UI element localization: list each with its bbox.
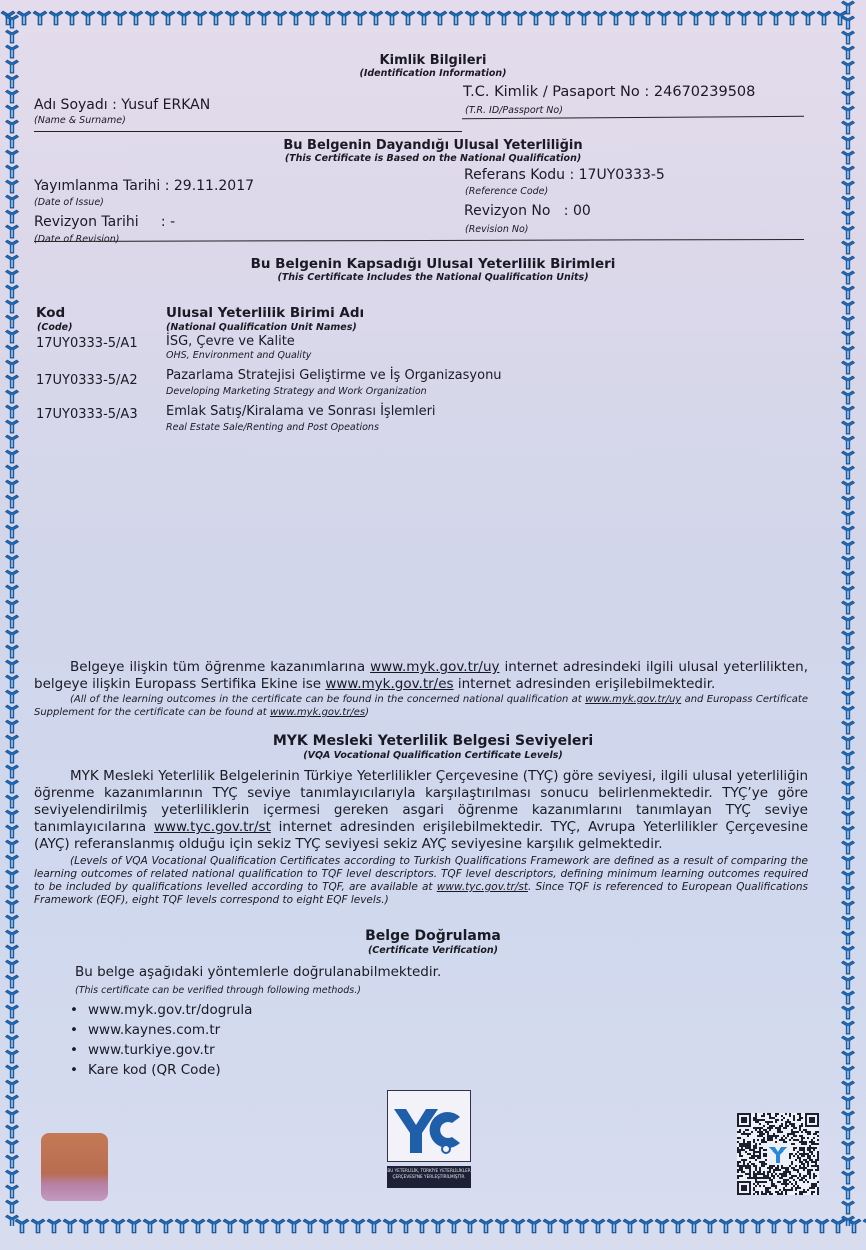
border-left [4, 14, 20, 1226]
myk-y-motif-icon [4, 1184, 20, 1199]
levels-paragraph-en: (Levels of VQA Vocational Qualification … [34, 855, 808, 907]
myk-y-motif-icon [840, 1155, 856, 1170]
myk-y-motif-icon [840, 450, 856, 465]
qualification-title: Bu Belgenin Dayandığı Ulusal Yeterliliği… [0, 138, 866, 153]
revision-date-label: Revizyon Tarihi [34, 214, 139, 230]
myk-y-motif-icon [46, 1218, 62, 1234]
name-label-en: (Name & Surname) [34, 115, 126, 126]
myk-y-motif-icon [840, 1065, 856, 1080]
myk-y-motif-icon [270, 1218, 286, 1234]
myk-y-motif-icon [840, 30, 856, 45]
myk-y-motif-icon [382, 1218, 398, 1234]
myk-y-motif-icon [840, 885, 856, 900]
col-name-header-en: (National Qualification Unit Names) [166, 322, 357, 333]
myk-y-motif-icon [4, 164, 20, 179]
border-bottom [14, 1218, 866, 1234]
myk-y-motif-icon [4, 284, 20, 299]
myk-y-motif-icon [736, 10, 752, 26]
myk-y-motif-icon [78, 1218, 94, 1234]
text: (All of the learning outcomes in the cer… [70, 694, 585, 705]
myk-y-motif-icon [160, 10, 176, 26]
myk-y-motif-icon [840, 435, 856, 450]
myk-y-motif-icon [688, 10, 704, 26]
unit-name: Emlak Satış/Kiralama ve Sonrası İşlemler… [166, 404, 436, 419]
myk-y-motif-icon [718, 1218, 734, 1234]
myk-y-motif-icon [840, 195, 856, 210]
myk-y-motif-icon [4, 209, 20, 224]
name-field: Adı Soyadı : Yusuf ERKAN [34, 97, 210, 113]
myk-y-motif-icon [4, 509, 20, 524]
myk-y-motif-icon [4, 914, 20, 929]
myk-es-link-en[interactable]: www.myk.gov.tr/es [270, 707, 365, 718]
myk-y-motif-icon [840, 840, 856, 855]
myk-y-motif-icon [464, 10, 480, 26]
myk-y-motif-icon [4, 824, 20, 839]
reference-code-label-en: (Reference Code) [465, 186, 548, 197]
myk-y-motif-icon [4, 299, 20, 314]
myk-y-motif-icon [158, 1218, 174, 1234]
id-field: T.C. Kimlik / Pasaport No : 24670239508 [463, 84, 755, 100]
myk-y-motif-icon [142, 1218, 158, 1234]
levels-title: MYK Mesleki Yeterlilik Belgesi Seviyeler… [0, 733, 866, 749]
myk-y-motif-icon [238, 1218, 254, 1234]
myk-y-motif-icon [4, 569, 20, 584]
reference-code-label: Referans Kodu [464, 167, 565, 183]
qualification-subtitle: (This Certificate is Based on the Nation… [0, 153, 866, 164]
myk-y-motif-icon [366, 1218, 382, 1234]
myk-y-motif-icon [240, 10, 256, 26]
myk-y-motif-icon [840, 600, 856, 615]
myk-y-motif-icon [840, 690, 856, 705]
myk-y-motif-icon [720, 10, 736, 26]
myk-y-motif-icon [384, 10, 400, 26]
myk-y-motif-icon [4, 1199, 20, 1214]
divider [462, 116, 804, 119]
myk-y-motif-icon [4, 329, 20, 344]
myk-y-motif-icon [478, 1218, 494, 1234]
myk-y-motif-icon [782, 1218, 798, 1234]
myk-y-motif-icon [208, 10, 224, 26]
myk-y-motif-icon [94, 1218, 110, 1234]
issue-date-value: 29.11.2017 [174, 178, 254, 194]
myk-y-motif-icon [4, 224, 20, 239]
tyc-logo-mark [387, 1090, 471, 1162]
myk-y-motif-icon [64, 10, 80, 26]
myk-y-motif-icon [576, 10, 592, 26]
myk-y-motif-icon [32, 10, 48, 26]
text: Belgeye ilişkin tüm öğrenme kazanımların… [70, 659, 370, 675]
myk-y-motif-icon [840, 165, 856, 180]
myk-y-motif-icon [254, 1218, 270, 1234]
myk-y-motif-icon [4, 1169, 20, 1184]
myk-y-motif-icon [798, 1218, 814, 1234]
myk-y-motif-icon [840, 525, 856, 540]
units-title: Bu Belgenin Kapsadığı Ulusal Yeterlilik … [0, 256, 866, 272]
myk-y-motif-icon [840, 1050, 856, 1065]
myk-y-motif-icon [4, 14, 20, 29]
myk-y-motif-icon [4, 1049, 20, 1064]
list-item: Kare kod (QR Code) [70, 1060, 252, 1080]
myk-y-motif-icon [840, 810, 856, 825]
myk-y-motif-icon [400, 10, 416, 26]
myk-y-motif-icon [126, 1218, 142, 1234]
unit-name: Pazarlama Stratejisi Geliştirme ve İş Or… [166, 368, 502, 383]
id-label: T.C. Kimlik / Pasaport No [463, 84, 640, 100]
myk-y-motif-icon [840, 1215, 856, 1226]
myk-y-motif-icon [304, 10, 320, 26]
myk-y-motif-icon [510, 1218, 526, 1234]
myk-y-motif-icon [704, 10, 720, 26]
myk-y-motif-icon [112, 10, 128, 26]
myk-y-motif-icon [592, 10, 608, 26]
revision-date-value: - [170, 214, 175, 230]
myk-y-motif-icon [608, 10, 624, 26]
myk-y-motif-icon [4, 359, 20, 374]
myk-y-motif-icon [840, 555, 856, 570]
myk-y-motif-icon [840, 90, 856, 105]
myk-y-motif-icon [840, 405, 856, 420]
verification-intro-en: (This certificate can be verified throug… [75, 985, 361, 996]
myk-y-motif-icon [840, 645, 856, 660]
myk-y-motif-icon [4, 89, 20, 104]
myk-y-motif-icon [840, 375, 856, 390]
myk-y-motif-icon [4, 374, 20, 389]
myk-y-motif-icon [840, 345, 856, 360]
myk-y-motif-icon [4, 1034, 20, 1049]
myk-y-motif-icon [4, 419, 20, 434]
unit-name-en: Developing Marketing Strategy and Work O… [166, 386, 427, 397]
myk-y-motif-icon [4, 614, 20, 629]
outcomes-paragraph: Belgeye ilişkin tüm öğrenme kazanımların… [34, 659, 808, 693]
myk-y-motif-icon [784, 10, 800, 26]
myk-y-motif-icon [544, 10, 560, 26]
myk-y-motif-icon [840, 1200, 856, 1215]
myk-y-motif-icon [462, 1218, 478, 1234]
myk-y-motif-icon [840, 360, 856, 375]
myk-y-motif-icon [574, 1218, 590, 1234]
myk-y-motif-icon [840, 1005, 856, 1020]
myk-y-motif-icon [190, 1218, 206, 1234]
myk-y-motif-icon [840, 825, 856, 840]
myk-uy-link[interactable]: www.myk.gov.tr/uy [370, 659, 499, 675]
myk-y-motif-icon [256, 10, 272, 26]
myk-y-motif-icon [752, 10, 768, 26]
revision-no-label: Revizyon No [464, 203, 550, 219]
myk-y-motif-icon [224, 10, 240, 26]
myk-y-motif-icon [702, 1218, 718, 1234]
myk-y-motif-icon [528, 10, 544, 26]
myk-y-motif-icon [4, 794, 20, 809]
myk-y-motif-icon [840, 990, 856, 1005]
myk-y-motif-icon [840, 105, 856, 120]
revision-no-field: Revizyon No : 00 [464, 203, 591, 219]
myk-y-motif-icon [606, 1218, 622, 1234]
myk-y-motif-icon [30, 1218, 46, 1234]
myk-y-motif-icon [672, 10, 688, 26]
verification-intro: Bu belge aşağıdaki yöntemlerle doğrulana… [75, 964, 441, 980]
myk-y-motif-icon [840, 705, 856, 720]
col-code-header-en: (Code) [37, 322, 72, 333]
myk-y-motif-icon [416, 10, 432, 26]
myk-y-motif-icon [4, 389, 20, 404]
name-value: Yusuf ERKAN [121, 97, 210, 113]
myk-y-motif-icon [656, 10, 672, 26]
verification-methods-list: www.myk.gov.tr/dogrula www.kaynes.com.tr… [70, 1000, 252, 1080]
myk-y-motif-icon [840, 465, 856, 480]
myk-y-motif-icon [840, 210, 856, 225]
myk-y-motif-icon [840, 1020, 856, 1035]
issue-date-field: Yayımlanma Tarihi : 29.11.2017 [34, 178, 254, 194]
border-right [840, 0, 856, 1226]
myk-y-motif-icon [4, 689, 20, 704]
tyc-logo-caption: BU YETERLİLİK, TÜRKİYE YETERLİLİKLER ÇER… [387, 1166, 471, 1188]
myk-y-motif-icon [840, 0, 856, 15]
myk-y-motif-icon [4, 1124, 20, 1139]
myk-y-motif-icon [398, 1218, 414, 1234]
myk-y-motif-icon [840, 285, 856, 300]
myk-y-motif-icon [4, 839, 20, 854]
myk-y-motif-icon [4, 779, 20, 794]
myk-y-motif-icon [4, 404, 20, 419]
myk-y-motif-icon [4, 629, 20, 644]
myk-y-motif-icon [816, 10, 832, 26]
myk-y-motif-icon [840, 330, 856, 345]
units-subtitle: (This Certificate Includes the National … [0, 272, 866, 283]
myk-y-motif-icon [4, 104, 20, 119]
myk-y-motif-icon [840, 675, 856, 690]
myk-y-motif-icon [4, 869, 20, 884]
myk-y-motif-icon [286, 1218, 302, 1234]
unit-code: 17UY0333-5/A3 [36, 407, 138, 422]
border-top [0, 10, 850, 26]
revision-date-label-en: (Date of Revision) [34, 234, 119, 245]
myk-y-motif-icon [4, 599, 20, 614]
identification-title: Kimlik Bilgileri [0, 53, 866, 68]
myk-y-motif-icon [4, 1004, 20, 1019]
myk-y-motif-icon [96, 10, 112, 26]
tyc-logo-icon: BU YETERLİLİK, TÜRKİYE YETERLİLİKLER ÇER… [387, 1090, 473, 1182]
myk-y-motif-icon [840, 1035, 856, 1050]
myk-y-motif-icon [4, 764, 20, 779]
myk-y-motif-icon [494, 1218, 510, 1234]
myk-y-motif-icon [840, 540, 856, 555]
myk-y-motif-icon [4, 494, 20, 509]
myk-y-motif-icon [840, 1125, 856, 1140]
myk-y-motif-icon [840, 480, 856, 495]
myk-y-motif-icon [590, 1218, 606, 1234]
myk-y-motif-icon [840, 225, 856, 240]
myk-y-motif-icon [80, 10, 96, 26]
myk-y-motif-icon [840, 390, 856, 405]
reference-code-field: Referans Kodu : 17UY0333-5 [464, 167, 665, 183]
myk-y-motif-icon [4, 674, 20, 689]
myk-y-motif-icon [766, 1218, 782, 1234]
myk-es-link[interactable]: www.myk.gov.tr/es [325, 676, 453, 692]
list-item[interactable]: www.kaynes.com.tr [70, 1020, 252, 1040]
myk-y-motif-icon [840, 795, 856, 810]
myk-y-motif-icon [4, 539, 20, 554]
myk-y-motif-icon [62, 1218, 78, 1234]
myk-y-motif-icon [840, 870, 856, 885]
myk-y-motif-icon [4, 884, 20, 899]
text: internet adresinden erişilebilmektedir. [454, 676, 716, 692]
myk-y-motif-icon [4, 989, 20, 1004]
myk-y-motif-icon [4, 659, 20, 674]
myk-y-motif-icon [840, 1095, 856, 1110]
myk-y-motif-icon [542, 1218, 558, 1234]
myk-y-motif-icon [4, 314, 20, 329]
myk-y-motif-icon [840, 630, 856, 645]
myk-y-motif-icon [840, 1080, 856, 1095]
myk-y-motif-icon [4, 449, 20, 464]
myk-y-motif-icon [4, 434, 20, 449]
myk-y-motif-icon [814, 1218, 830, 1234]
myk-y-motif-icon [4, 1094, 20, 1109]
revision-no-label-en: (Revision No) [465, 224, 528, 235]
myk-y-motif-icon [4, 239, 20, 254]
myk-y-motif-icon [622, 1218, 638, 1234]
verification-subtitle: (Certificate Verification) [0, 945, 866, 956]
myk-y-motif-icon [174, 1218, 190, 1234]
myk-y-motif-icon [4, 809, 20, 824]
myk-y-motif-icon [302, 1218, 318, 1234]
myk-y-motif-icon [480, 10, 496, 26]
col-code-header: Kod [36, 305, 65, 321]
list-item[interactable]: www.turkiye.gov.tr [70, 1040, 252, 1060]
myk-y-motif-icon [496, 10, 512, 26]
myk-y-motif-icon [840, 420, 856, 435]
myk-y-motif-icon [4, 899, 20, 914]
myk-y-motif-icon [144, 10, 160, 26]
issue-date-label: Yayımlanma Tarihi [34, 178, 160, 194]
myk-y-motif-icon [4, 1079, 20, 1094]
myk-y-motif-icon [686, 1218, 702, 1234]
myk-y-motif-icon [4, 464, 20, 479]
myk-y-motif-icon [4, 1109, 20, 1124]
myk-y-motif-icon [4, 959, 20, 974]
myk-y-motif-icon [4, 1064, 20, 1079]
myk-y-motif-icon [4, 704, 20, 719]
outcomes-paragraph-en: (All of the learning outcomes in the cer… [34, 693, 808, 719]
myk-y-motif-icon [840, 300, 856, 315]
tyc-st-link-en[interactable]: www.tyc.gov.tr/st [437, 881, 528, 893]
myk-y-motif-icon [624, 10, 640, 26]
unit-code: 17UY0333-5/A2 [36, 373, 138, 388]
myk-y-motif-icon [446, 1218, 462, 1234]
myk-y-motif-icon [206, 1218, 222, 1234]
myk-y-motif-icon [840, 180, 856, 195]
id-label-en: (T.R. ID/Passport No) [465, 105, 563, 116]
myk-y-motif-icon [526, 1218, 542, 1234]
myk-y-motif-icon [512, 10, 528, 26]
myk-y-motif-icon [192, 10, 208, 26]
myk-y-motif-icon [4, 1214, 20, 1226]
myk-y-motif-icon [734, 1218, 750, 1234]
issue-date-label-en: (Date of Issue) [34, 197, 104, 208]
myk-y-motif-icon [4, 854, 20, 869]
tyc-st-link[interactable]: www.tyc.gov.tr/st [154, 819, 271, 835]
myk-y-motif-icon [840, 240, 856, 255]
unit-code: 17UY0333-5/A1 [36, 336, 138, 351]
myk-y-motif-icon [800, 10, 816, 26]
myk-y-motif-icon [288, 10, 304, 26]
myk-y-motif-icon [840, 1140, 856, 1155]
myk-y-motif-icon [840, 960, 856, 975]
divider [34, 239, 804, 242]
myk-y-motif-icon [840, 15, 856, 30]
myk-y-motif-icon [4, 29, 20, 44]
myk-y-motif-icon [840, 120, 856, 135]
myk-y-motif-icon [4, 179, 20, 194]
myk-y-motif-icon [840, 975, 856, 990]
col-name-header: Ulusal Yeterlilik Birimi Adı [166, 305, 364, 321]
myk-y-motif-icon [4, 479, 20, 494]
myk-y-motif-icon [840, 660, 856, 675]
myk-y-motif-icon [448, 10, 464, 26]
myk-y-motif-icon [862, 1218, 866, 1234]
myk-y-motif-icon [272, 10, 288, 26]
myk-y-motif-icon [4, 1019, 20, 1034]
myk-y-motif-icon [840, 780, 856, 795]
myk-y-motif-icon [368, 10, 384, 26]
myk-y-motif-icon [4, 554, 20, 569]
unit-name: İSG, Çevre ve Kalite [166, 334, 295, 349]
list-item[interactable]: www.myk.gov.tr/dogrula [70, 1000, 252, 1020]
myk-y-motif-icon [110, 1218, 126, 1234]
myk-y-motif-icon [560, 10, 576, 26]
myk-y-motif-icon [352, 10, 368, 26]
myk-y-motif-icon [128, 10, 144, 26]
divider [34, 131, 462, 132]
myk-y-motif-icon [4, 344, 20, 359]
myk-y-motif-icon [840, 1110, 856, 1125]
myk-y-motif-icon [350, 1218, 366, 1234]
myk-y-motif-icon [334, 1218, 350, 1234]
myk-y-motif-icon [750, 1218, 766, 1234]
identification-subtitle: (Identification Information) [0, 68, 866, 79]
myk-y-motif-icon [4, 524, 20, 539]
myk-y-motif-icon [840, 1170, 856, 1185]
qr-code-icon[interactable] [737, 1113, 819, 1195]
myk-y-motif-icon [840, 855, 856, 870]
myk-y-motif-icon [4, 974, 20, 989]
name-label: Adı Soyadı [34, 97, 108, 113]
id-value: 24670239508 [654, 84, 755, 100]
myk-y-motif-icon [840, 315, 856, 330]
levels-paragraph: MYK Mesleki Yeterlilik Belgelerinin Türk… [34, 768, 808, 853]
myk-y-motif-icon [654, 1218, 670, 1234]
myk-uy-link-en[interactable]: www.myk.gov.tr/uy [585, 694, 681, 705]
myk-y-motif-icon [430, 1218, 446, 1234]
myk-y-motif-icon [318, 1218, 334, 1234]
levels-subtitle: (VQA Vocational Qualification Certificat… [0, 750, 866, 761]
myk-y-motif-icon [4, 1154, 20, 1169]
myk-y-motif-icon [4, 119, 20, 134]
myk-y-motif-icon [4, 1139, 20, 1154]
myk-y-motif-icon [336, 10, 352, 26]
text: ) [365, 707, 369, 718]
myk-y-motif-icon [638, 1218, 654, 1234]
myk-y-motif-icon [640, 10, 656, 26]
revision-date-field: Revizyon Tarihi : - [34, 214, 175, 230]
myk-y-motif-icon [4, 584, 20, 599]
myk-y-motif-icon [840, 570, 856, 585]
myk-y-motif-icon [840, 510, 856, 525]
myk-y-motif-icon [840, 585, 856, 600]
myk-y-motif-icon [768, 10, 784, 26]
myk-y-motif-icon [48, 10, 64, 26]
myk-y-motif-icon [4, 719, 20, 734]
